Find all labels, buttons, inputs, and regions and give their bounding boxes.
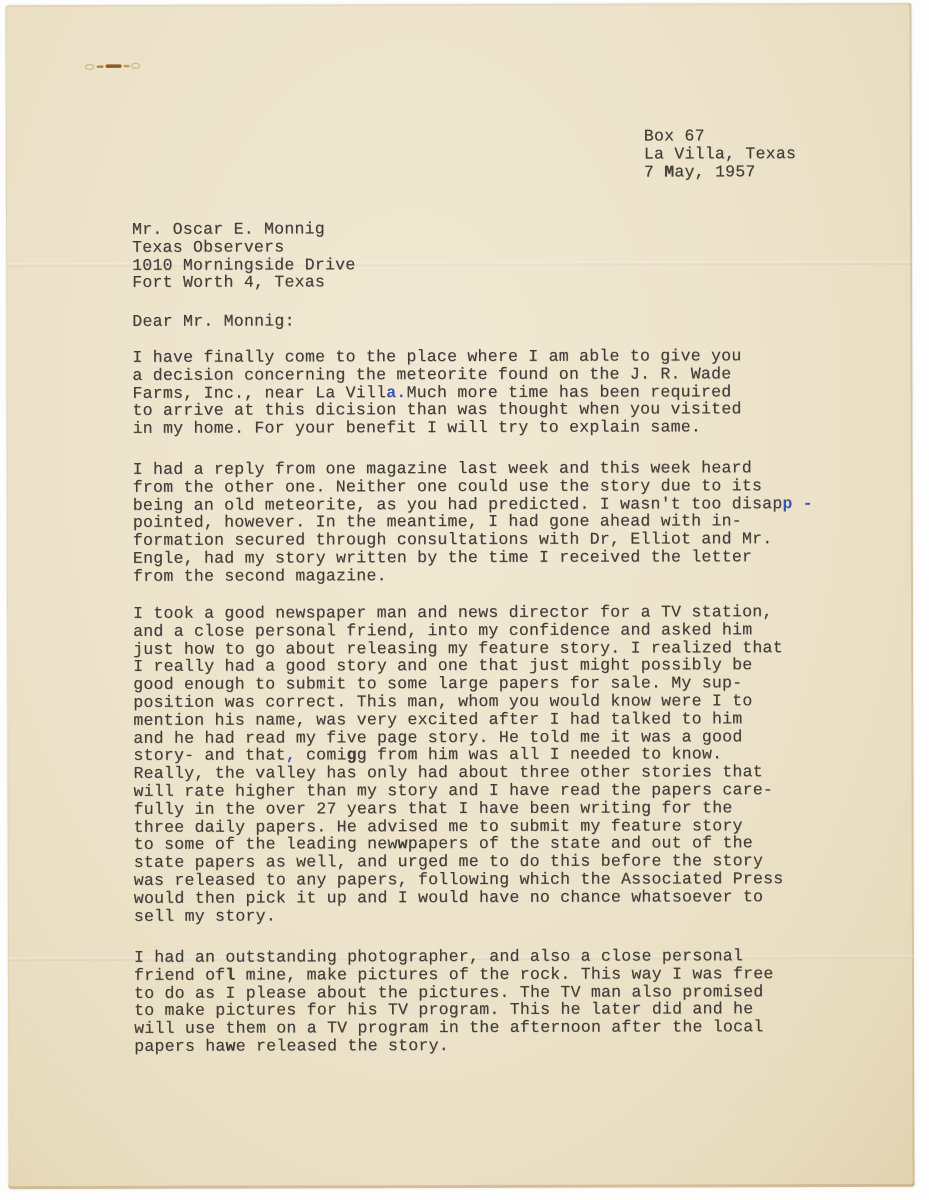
text-line: in my home. For your benefit I will try … (133, 418, 742, 437)
blue-ink-correction: a. (386, 383, 406, 402)
text-line: would then pick it up and I would have n… (134, 888, 784, 907)
text-line: Texas Observers (132, 238, 355, 256)
overstruck-character: w (398, 834, 408, 853)
date-block: Box 67La Villa, Texas7 May, 1957 (644, 127, 796, 181)
paragraph-3: I took a good newspaper man and news dir… (133, 603, 784, 925)
stain-mark (84, 57, 154, 75)
text-line: sell my story. (134, 906, 784, 925)
letter-scan: Box 67La Villa, Texas7 May, 1957 Mr. Osc… (0, 0, 929, 1200)
paragraph-1: I have finally come to the place where I… (132, 347, 741, 438)
paragraph-4: I had an outstanding photographer, and a… (134, 947, 774, 1055)
blue-ink-correction: , (286, 746, 296, 765)
text-line: 7 May, 1957 (644, 163, 796, 181)
paragraph-2: I had a reply from one magazine last wee… (133, 459, 813, 585)
recipient-address: Mr. Oscar E. MonnigTexas Observers1010 M… (132, 220, 356, 292)
text-line: papers hawe released the story. (134, 1036, 774, 1055)
text-line: La Villa, Texas (644, 145, 796, 163)
letter-page: Box 67La Villa, Texas7 May, 1957 Mr. Osc… (5, 3, 914, 1189)
salutation: Dear Mr. Monnig: (132, 312, 294, 330)
text-line: Mr. Oscar E. Monnig (132, 220, 355, 238)
text-line: 1010 Morningside Drive (132, 256, 355, 274)
stain-graphic (84, 57, 154, 75)
text-line: Box 67 (644, 127, 796, 145)
text-line: Engle, had my story written by the time … (133, 548, 813, 568)
overstruck-character: M (664, 162, 674, 181)
text-line: Fort Worth 4, Texas (132, 274, 355, 292)
overstruck-character: w (226, 1037, 236, 1056)
text-line: will use them on a TV program in the aft… (134, 1018, 774, 1037)
text-line: from the second magazine. (133, 566, 813, 586)
overstruck-character: g (347, 746, 357, 765)
blue-ink-correction: p - (782, 494, 813, 513)
overstruck-character: l (225, 965, 235, 984)
